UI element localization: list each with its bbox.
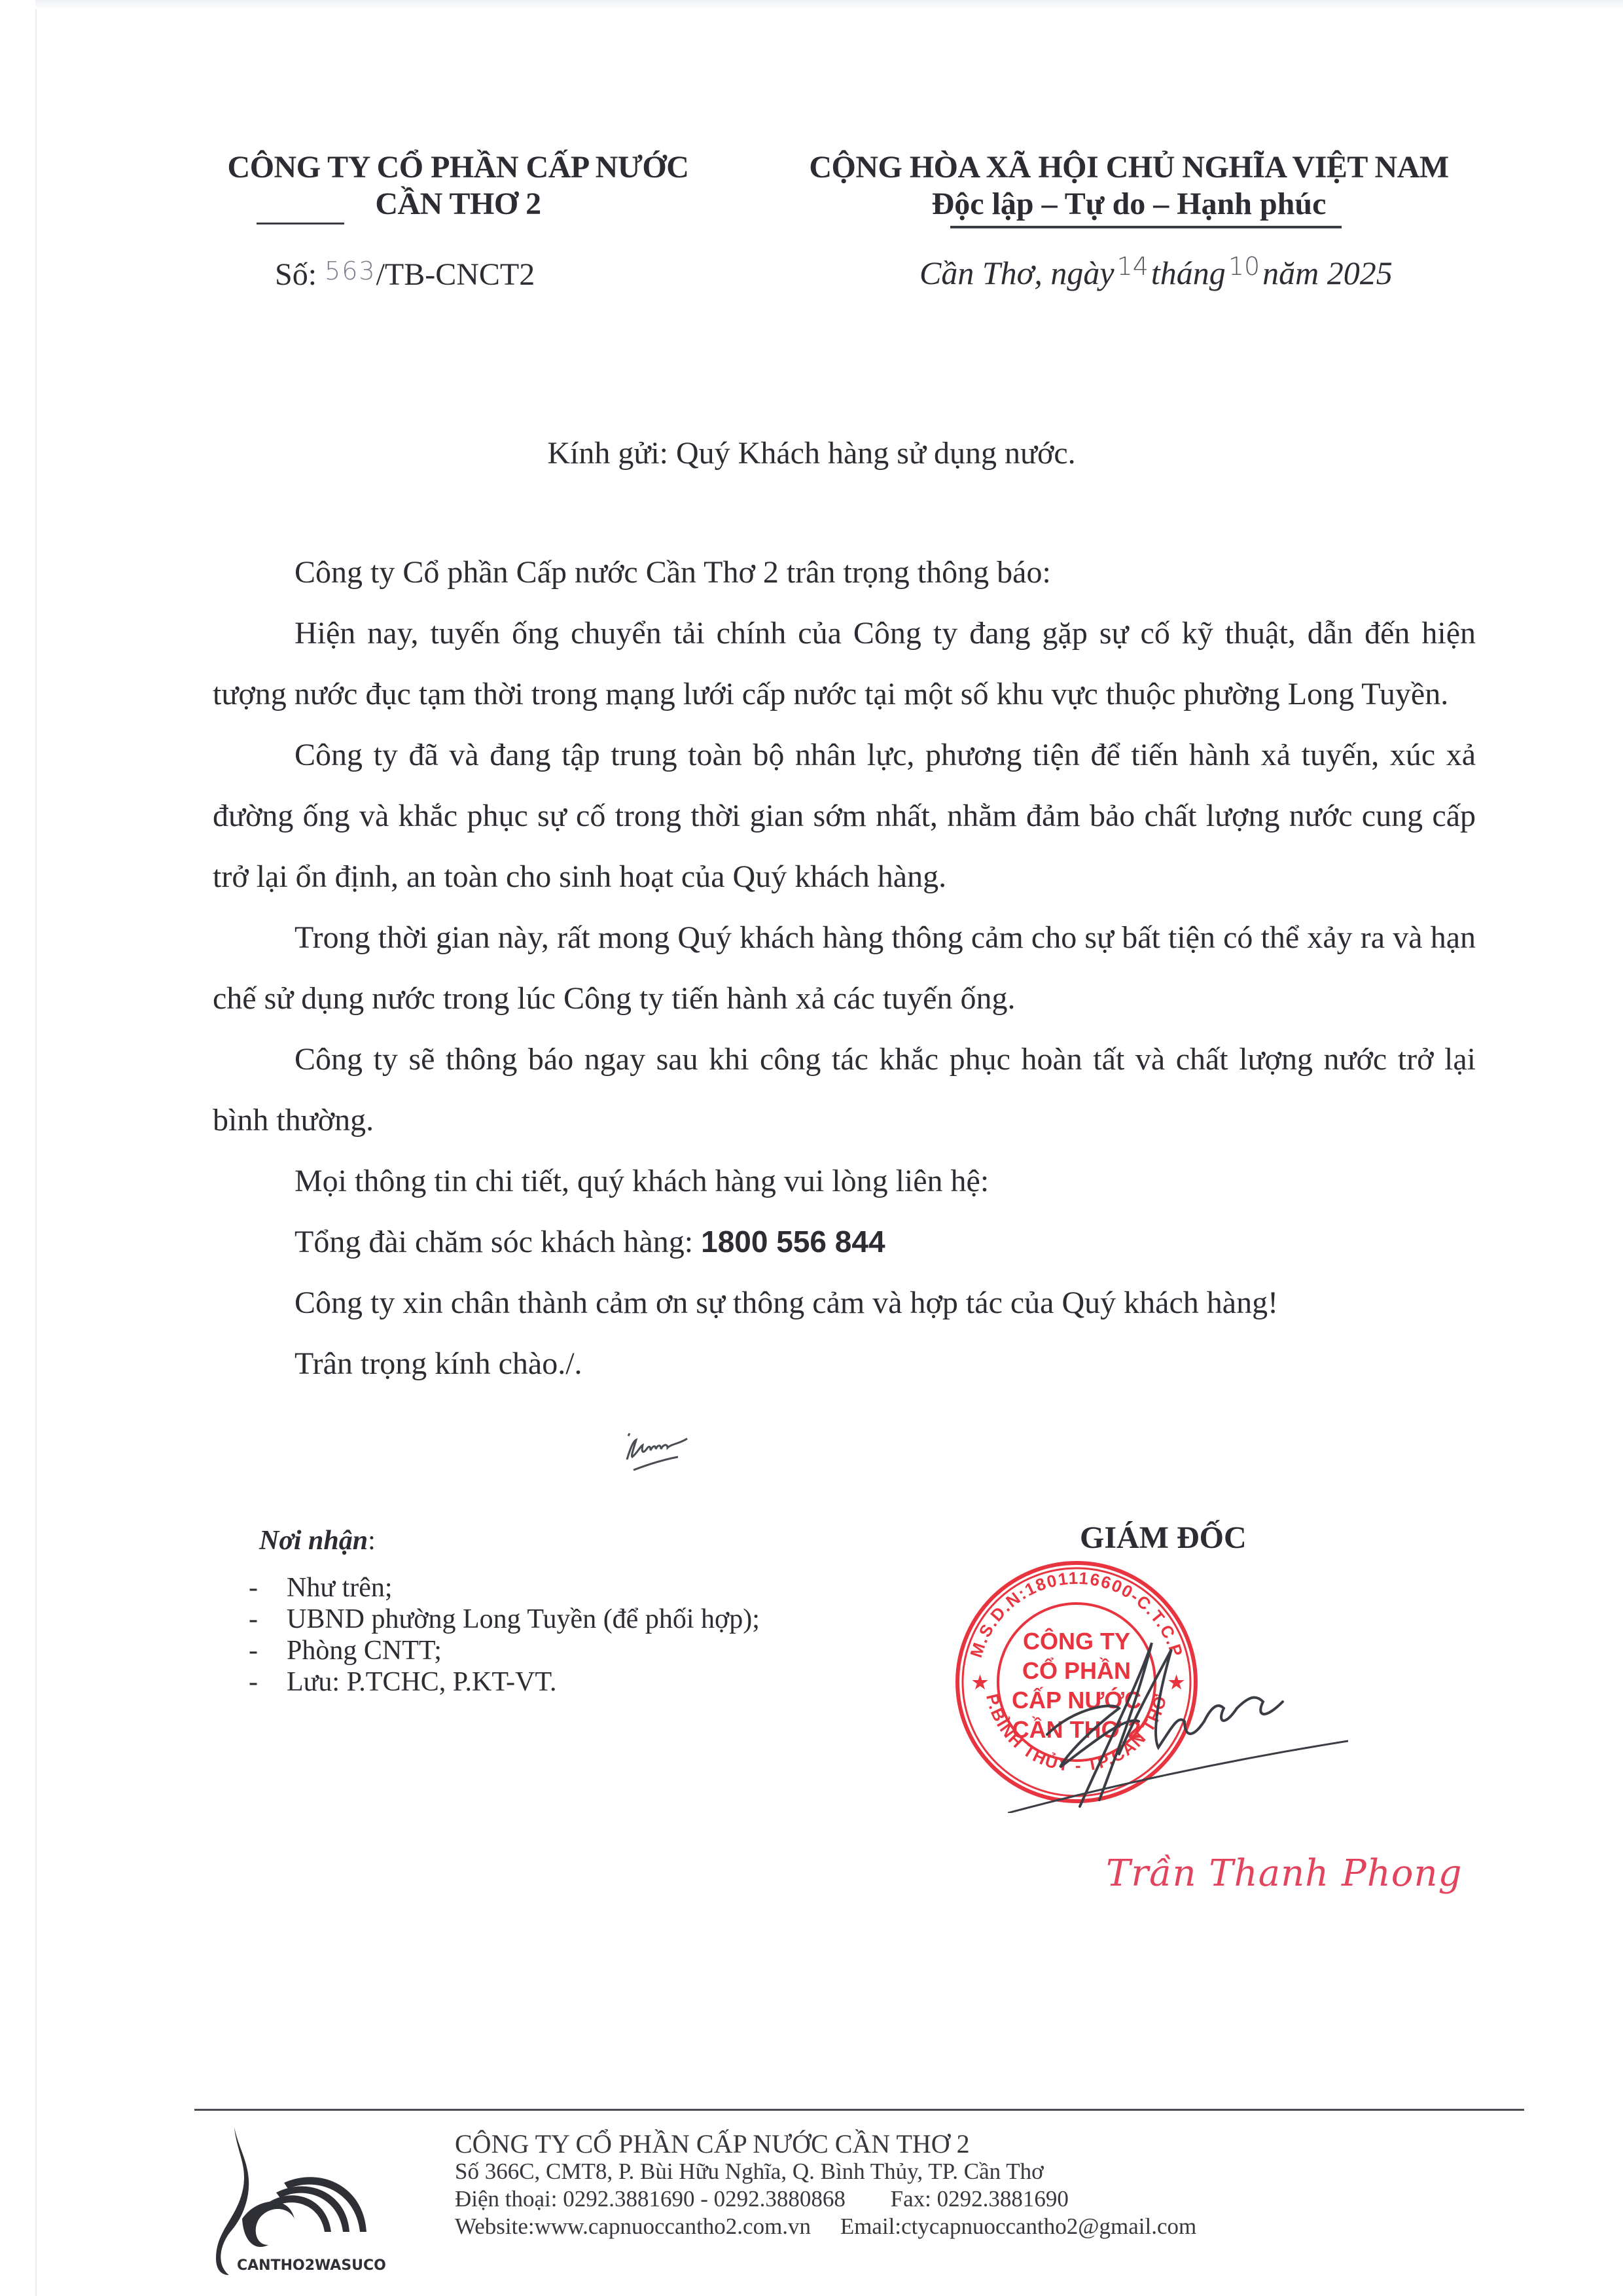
footer-website[interactable]: Website:www.capnuoccantho2.com.vn [455,2214,811,2239]
recipients-title: Nơi nhận: [259,1525,760,1556]
initials-scribble [624,1427,703,1473]
paragraph-action: Công ty đã và đang tập trung toàn bộ nhâ… [213,725,1476,907]
footer-web-row: Website:www.capnuoccantho2.com.vn Email:… [455,2213,1196,2240]
doc-number-suffix: /TB-CNCT2 [376,257,535,292]
document-number: Số: 563/TB-CNCT2 [275,257,535,293]
company-name-line1: CÔNG TY CỔ PHẦN CẤP NƯỚC [164,149,753,186]
date-day: 14 [1115,252,1151,281]
page-edge [35,0,37,2296]
recipient-item: -Như trên; [216,1572,760,1604]
recipients-block: Nơi nhận: -Như trên; -UBND phường Long T… [216,1525,760,1698]
date-year: năm 2025 [1262,255,1393,291]
greeting: Kính gửi: Quý Khách hàng sử dụng nước. [196,435,1427,471]
notice-body: Công ty Cổ phần Cấp nước Cần Thơ 2 trân … [213,542,1476,1394]
national-motto: Độc lập – Tự do – Hạnh phúc [753,186,1505,223]
doc-number-label: Số: [275,257,317,292]
thanks-line: Công ty xin chân thành cảm ơn sự thông c… [213,1272,1476,1333]
national-title: CỘNG HÒA XÃ HỘI CHỦ NGHĨA VIỆT NAM [753,149,1505,186]
paragraph-intro: Công ty Cổ phần Cấp nước Cần Thơ 2 trân … [213,542,1476,603]
footer-company-name: CÔNG TY CỔ PHẦN CẤP NƯỚC CẦN THƠ 2 [455,2130,1196,2158]
director-signature [1008,1604,1348,1813]
date-prefix: Cần Thơ, ngày [919,255,1115,291]
paragraph-incident: Hiện nay, tuyến ống chuyển tải chính của… [213,603,1476,725]
paragraph-request: Trong thời gian này, rất mong Quý khách … [213,907,1476,1029]
recipient-item: -UBND phường Long Tuyền (để phối hợp); [216,1604,760,1635]
paragraph-contact: Mọi thông tin chi tiết, quý khách hàng v… [213,1151,1476,1211]
hotline-line: Tổng đài chăm sóc khách hàng: 1800 556 8… [213,1211,1476,1272]
national-header: CỘNG HÒA XÃ HỘI CHỦ NGHĨA VIỆT NAM Độc l… [753,149,1505,223]
signer-name: Trần Thanh Phong [1106,1852,1462,1895]
footer-fax: Fax: 0292.3881690 [891,2186,1069,2212]
recipients-list: -Như trên; -UBND phường Long Tuyền (để p… [216,1572,760,1698]
hotline-number: 1800 556 844 [701,1225,885,1259]
date-line: Cần Thơ, ngày14tháng10năm 2025 [919,254,1393,292]
footer-divider [194,2109,1524,2111]
company-logo: CANTHO2WASUCO [196,2121,406,2278]
closing-line: Trân trọng kính chào./. [213,1333,1476,1394]
footer-phone-row: Điện thoại: 0292.3881690 - 0292.3880868 … [455,2185,1196,2213]
signature-title: GIÁM ĐỐC [1080,1520,1247,1556]
date-month: 10 [1226,252,1262,281]
hotline-label: Tổng đài chăm sóc khách hàng: [294,1225,693,1259]
svg-text:★: ★ [972,1672,988,1693]
recipient-item: -Lưu: P.TCHC, P.KT-VT. [216,1666,760,1698]
footer-phone: Điện thoại: 0292.3881690 - 0292.3880868 [455,2186,846,2212]
date-month-label: tháng [1151,255,1226,291]
footer-email[interactable]: Email:ctycapnuoccantho2@gmail.com [840,2214,1196,2239]
company-name-line2: CẦN THƠ 2 [164,186,753,223]
company-header: CÔNG TY CỔ PHẦN CẤP NƯỚC CẦN THƠ 2 [164,149,753,223]
recipient-item: -Phòng CNTT; [216,1635,760,1666]
paragraph-followup: Công ty sẽ thông báo ngay sau khi công t… [213,1029,1476,1151]
footer-address: Số 366C, CMT8, P. Bùi Hữu Nghĩa, Q. Bình… [455,2158,1196,2185]
motto-underline [950,226,1342,228]
company-underline [257,223,344,224]
scan-shadow [35,0,1623,9]
footer-contact: CÔNG TY CỔ PHẦN CẤP NƯỚC CẦN THƠ 2 Số 36… [455,2130,1196,2240]
doc-number-handwritten: 563 [325,257,376,285]
svg-text:CANTHO2WASUCO: CANTHO2WASUCO [237,2257,386,2274]
